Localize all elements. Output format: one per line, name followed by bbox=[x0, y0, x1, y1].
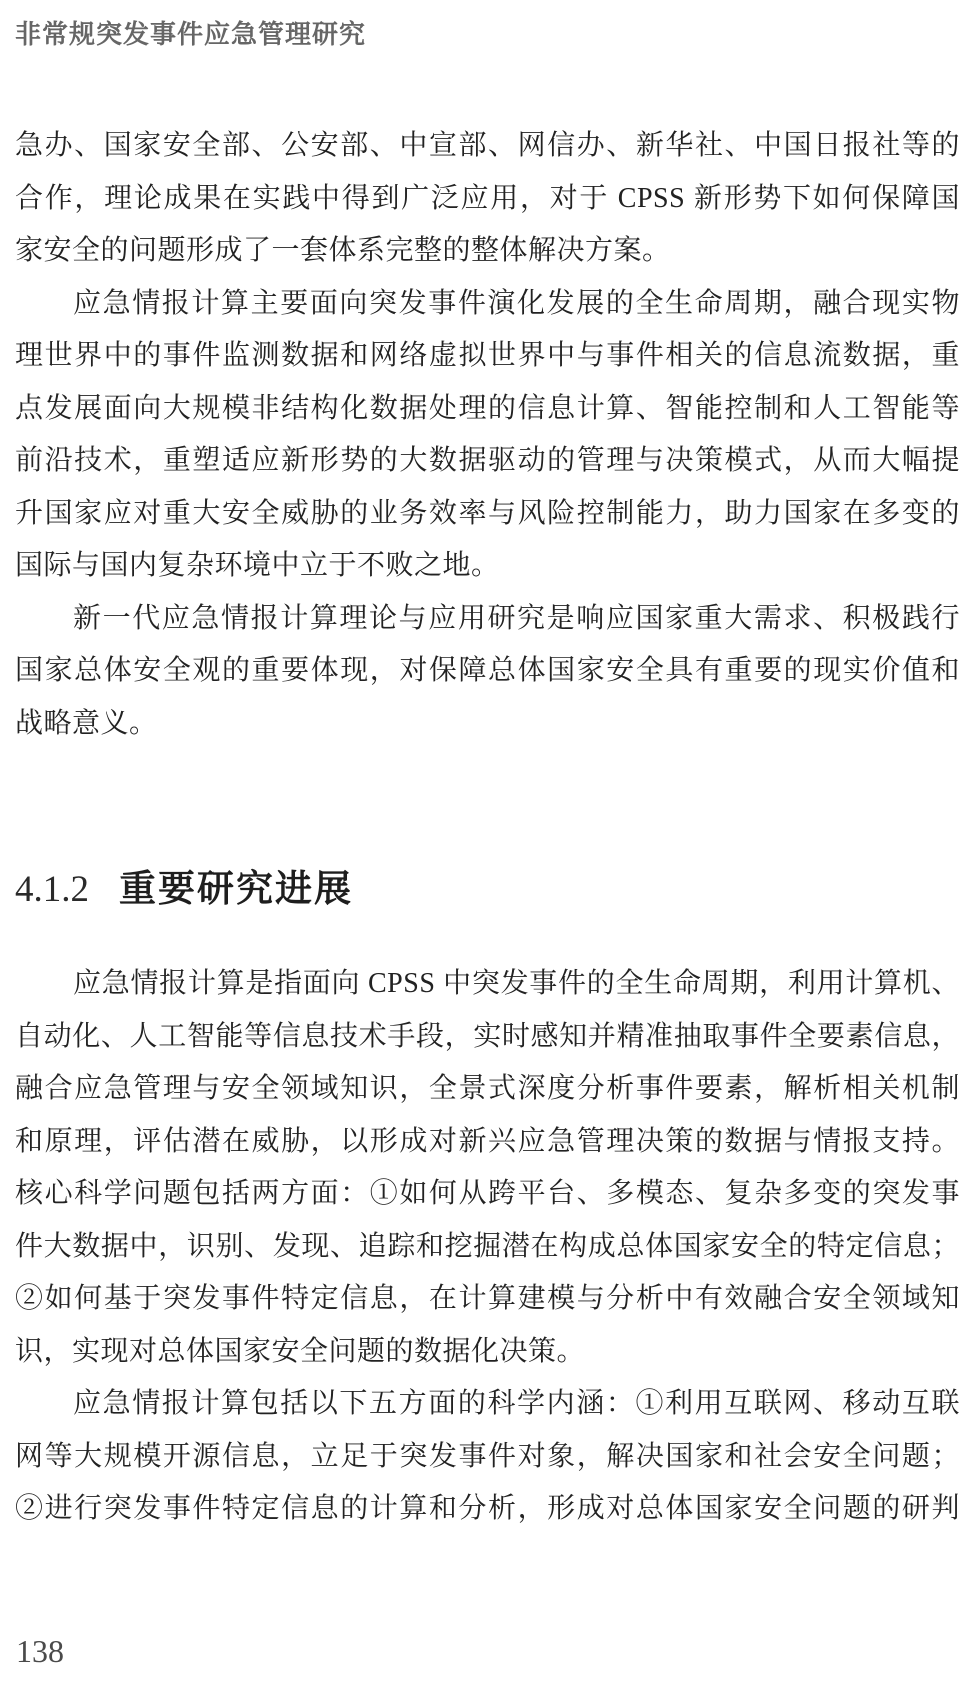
text-line: 识，实现对总体国家安全问题的数据化决策。 bbox=[15, 1326, 960, 1379]
running-header: 非常规突发事件应急管理研究 bbox=[15, 14, 366, 51]
text-line: ②如何基于突发事件特定信息，在计算建模与分析中有效融合安全领域知 bbox=[15, 1273, 960, 1326]
section-title: 重要研究进展 bbox=[119, 869, 353, 910]
section-heading: 4.1.2重要研究进展 bbox=[15, 865, 960, 915]
text-line: 家安全的问题形成了一套体系完整的整体解决方案。 bbox=[15, 225, 960, 278]
text-line: 国际与国内复杂环境中立于不败之地。 bbox=[15, 540, 960, 593]
text-line: 战略意义。 bbox=[15, 698, 960, 751]
text-line: 升国家应对重大安全威胁的业务效率与风险控制能力，助力国家在多变的 bbox=[15, 488, 960, 541]
text-line: 件大数据中，识别、发现、追踪和挖掘潜在构成总体国家安全的特定信息； bbox=[15, 1221, 960, 1274]
text-line: 自动化、人工智能等信息技术手段，实时感知并精准抽取事件全要素信息， bbox=[15, 1011, 960, 1064]
paragraph: 应急情报计算是指面向 CPSS 中突发事件的全生命周期，利用计算机、 自动化、人… bbox=[15, 958, 960, 1378]
paragraph: 新一代应急情报计算理论与应用研究是响应国家重大需求、积极践行 国家总体安全观的重… bbox=[15, 593, 960, 751]
text-line: ②进行突发事件特定信息的计算和分析，形成对总体国家安全问题的研判 bbox=[15, 1483, 960, 1536]
text-line: 和原理，评估潜在威胁，以形成对新兴应急管理决策的数据与情报支持。 bbox=[15, 1116, 960, 1169]
book-page: { "page_header": { "title": "非常规突发事件应急管理… bbox=[0, 0, 977, 1689]
text-line: 应急情报计算包括以下五方面的科学内涵：①利用互联网、移动互联 bbox=[15, 1378, 960, 1431]
text-line: 应急情报计算主要面向突发事件演化发展的全生命周期，融合现实物 bbox=[15, 278, 960, 331]
text-line: 合作，理论成果在实践中得到广泛应用，对于 CPSS 新形势下如何保障国 bbox=[15, 173, 960, 226]
text-line: 应急情报计算是指面向 CPSS 中突发事件的全生命周期，利用计算机、 bbox=[15, 958, 960, 1011]
text-line: 融合应急管理与安全领域知识，全景式深度分析事件要素，解析相关机制 bbox=[15, 1063, 960, 1116]
text-line: 理世界中的事件监测数据和网络虚拟世界中与事件相关的信息流数据，重 bbox=[15, 330, 960, 383]
paragraph: 应急情报计算主要面向突发事件演化发展的全生命周期，融合现实物 理世界中的事件监测… bbox=[15, 278, 960, 593]
text-line: 急办、国家安全部、公安部、中宣部、网信办、新华社、中国日报社等的 bbox=[15, 120, 960, 173]
text-line: 国家总体安全观的重要体现，对保障总体国家安全具有重要的现实价值和 bbox=[15, 645, 960, 698]
text-line: 点发展面向大规模非结构化数据处理的信息计算、智能控制和人工智能等 bbox=[15, 383, 960, 436]
paragraph: 应急情报计算包括以下五方面的科学内涵：①利用互联网、移动互联 网等大规模开源信息… bbox=[15, 1378, 960, 1536]
section-number: 4.1.2 bbox=[15, 869, 89, 910]
text-line: 新一代应急情报计算理论与应用研究是响应国家重大需求、积极践行 bbox=[15, 593, 960, 646]
text-line: 网等大规模开源信息，立足于突发事件对象，解决国家和社会安全问题； bbox=[15, 1431, 960, 1484]
page-number: 138 bbox=[16, 1633, 64, 1670]
text-line: 核心科学问题包括两方面：①如何从跨平台、多模态、复杂多变的突发事 bbox=[15, 1168, 960, 1221]
page-content: 急办、国家安全部、公安部、中宣部、网信办、新华社、中国日报社等的 合作，理论成果… bbox=[15, 120, 960, 1536]
paragraph: 急办、国家安全部、公安部、中宣部、网信办、新华社、中国日报社等的 合作，理论成果… bbox=[15, 120, 960, 278]
text-line: 前沿技术，重塑适应新形势的大数据驱动的管理与决策模式，从而大幅提 bbox=[15, 435, 960, 488]
